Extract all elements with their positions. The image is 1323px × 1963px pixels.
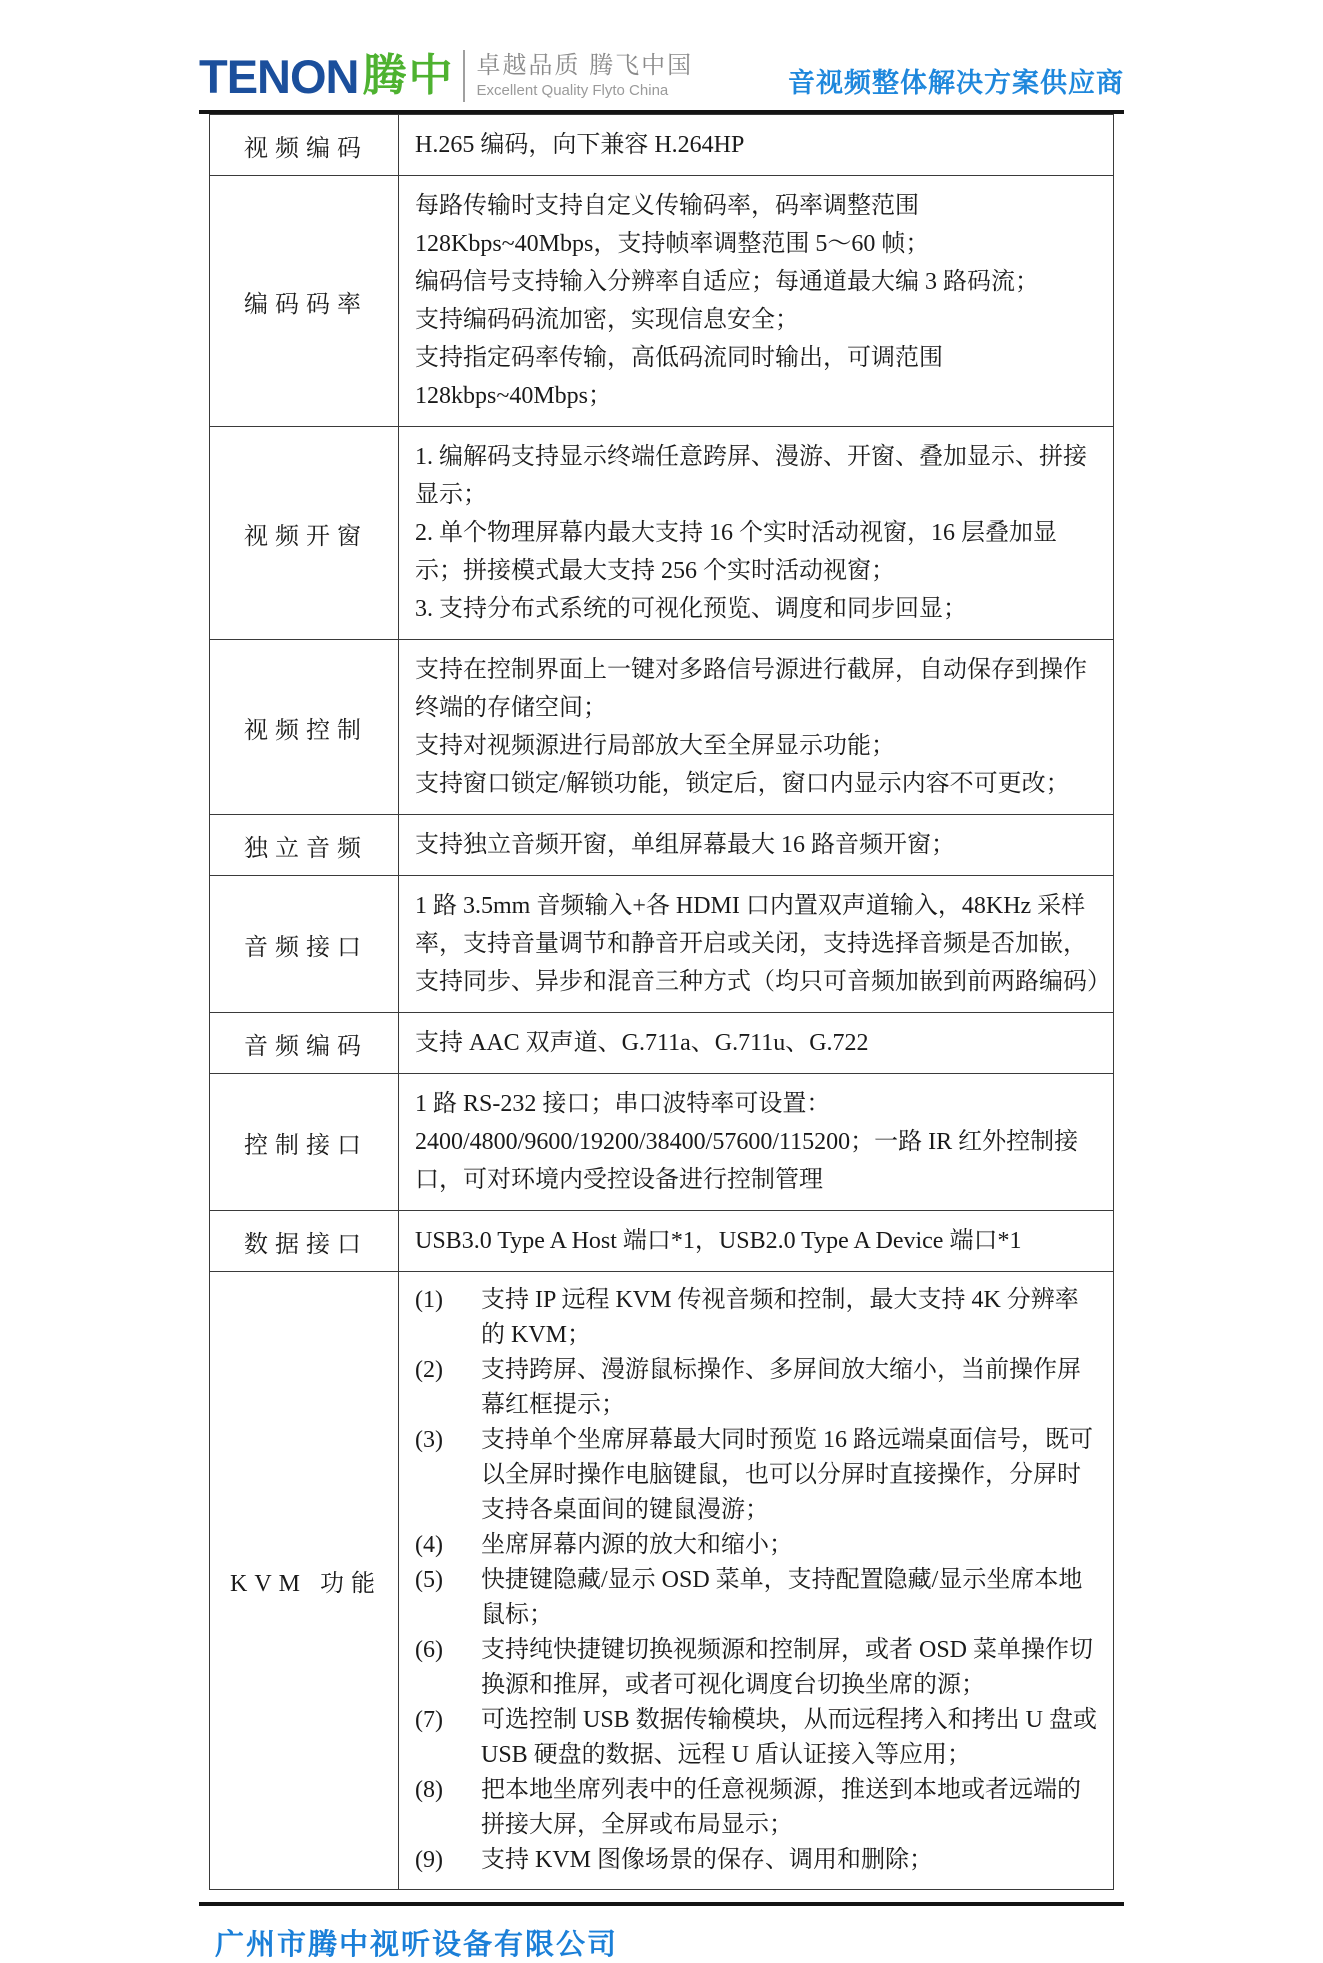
kvm-item-text: 把本地坐席列表中的任意视频源，推送到本地或者远端的拼接大屏，全屏或布局显示； (481, 1773, 1099, 1843)
table-row: 独立音频支持独立音频开窗，单组屏幕最大 16 路音频开窗； (210, 815, 1114, 876)
spec-label: 编码码率 (210, 176, 399, 427)
kvm-item-text: 支持 IP 远程 KVM 传视音频和控制，最大支持 4K 分辨率的 KVM； (481, 1283, 1099, 1353)
spec-value-cell: 支持 AAC 双声道、G.711a、G.711u、G.722 (399, 1013, 1114, 1074)
spec-label: KVM 功能 (210, 1272, 399, 1890)
kvm-item-text: 坐席屏幕内源的放大和缩小； (481, 1528, 1099, 1563)
spec-text: 1 路 3.5mm 音频输入+各 HDMI 口内置双声道输入，48KHz 采样率… (415, 887, 1099, 1001)
spec-value-cell: 1. 编解码支持显示终端任意跨屏、漫游、开窗、叠加显示、拼接显示；2. 单个物理… (399, 427, 1114, 640)
spec-text: 1 路 RS-232 接口；串口波特率可设置： (415, 1085, 1099, 1123)
kvm-item-number: (7) (415, 1703, 481, 1773)
kvm-item-text: 支持单个坐席屏幕最大同时预览 16 路远端桌面信号，既可以全屏时操作电脑键鼠，也… (481, 1423, 1099, 1528)
spec-value-cell: USB3.0 Type A Host 端口*1，USB2.0 Type A De… (399, 1211, 1114, 1272)
spec-label: 视频开窗 (210, 427, 399, 640)
spec-label: 音频接口 (210, 876, 399, 1013)
spec-text: USB3.0 Type A Host 端口*1，USB2.0 Type A De… (415, 1222, 1099, 1260)
spec-label: 控制接口 (210, 1074, 399, 1211)
page-header: TENON 腾中 卓越品质 腾飞中国 Excellent Quality Fly… (199, 50, 1124, 110)
spec-label: 独立音频 (210, 815, 399, 876)
spec-value-cell: (1)支持 IP 远程 KVM 传视音频和控制，最大支持 4K 分辨率的 KVM… (399, 1272, 1114, 1890)
document-page: TENON 腾中 卓越品质 腾飞中国 Excellent Quality Fly… (0, 0, 1323, 1963)
table-row: 数据接口USB3.0 Type A Host 端口*1，USB2.0 Type … (210, 1211, 1114, 1272)
spec-text: 支持在控制界面上一键对多路信号源进行截屏，自动保存到操作终端的存储空间； (415, 651, 1099, 727)
spec-value-cell: 支持独立音频开窗，单组屏幕最大 16 路音频开窗； (399, 815, 1114, 876)
spec-label: 视频编码 (210, 115, 399, 176)
kvm-item-number: (4) (415, 1528, 481, 1563)
table-row: KVM 功能(1)支持 IP 远程 KVM 传视音频和控制，最大支持 4K 分辨… (210, 1272, 1114, 1890)
table-row: 视频开窗1. 编解码支持显示终端任意跨屏、漫游、开窗、叠加显示、拼接显示；2. … (210, 427, 1114, 640)
spec-text: 每路传输时支持自定义传输码率，码率调整范围 128Kbps~40Mbps，支持帧… (415, 187, 1099, 263)
spec-label: 音频编码 (210, 1013, 399, 1074)
spec-text: 支持 AAC 双声道、G.711a、G.711u、G.722 (415, 1024, 1099, 1062)
table-row: 编码码率每路传输时支持自定义传输码率，码率调整范围 128Kbps~40Mbps… (210, 176, 1114, 427)
page-content: TENON 腾中 卓越品质 腾飞中国 Excellent Quality Fly… (199, 0, 1124, 1963)
kvm-list-item: (7)可选控制 USB 数据传输模块，从而远程拷入和拷出 U 盘或 USB 硬盘… (415, 1703, 1099, 1773)
spec-table: 视频编码H.265 编码，向下兼容 H.264HP编码码率每路传输时支持自定义传… (209, 114, 1114, 1890)
spec-text: 1. 编解码支持显示终端任意跨屏、漫游、开窗、叠加显示、拼接显示； (415, 438, 1099, 514)
table-row: 音频接口1 路 3.5mm 音频输入+各 HDMI 口内置双声道输入，48KHz… (210, 876, 1114, 1013)
kvm-list-item: (5)快捷键隐藏/显示 OSD 菜单，支持配置隐藏/显示坐席本地鼠标； (415, 1563, 1099, 1633)
kvm-item-text: 可选控制 USB 数据传输模块，从而远程拷入和拷出 U 盘或 USB 硬盘的数据… (481, 1703, 1099, 1773)
header-slogan: 音视频整体解决方案供应商 (788, 61, 1124, 102)
spec-value-cell: 支持在控制界面上一键对多路信号源进行截屏，自动保存到操作终端的存储空间；支持对视… (399, 640, 1114, 815)
spec-text: H.265 编码，向下兼容 H.264HP (415, 126, 1099, 164)
kvm-item-number: (6) (415, 1633, 481, 1703)
company-logo: TENON 腾中 卓越品质 腾飞中国 Excellent Quality Fly… (199, 50, 693, 102)
kvm-item-number: (8) (415, 1773, 481, 1843)
kvm-item-number: (3) (415, 1423, 481, 1528)
kvm-item-text: 支持纯快捷键切换视频源和控制屏，或者 OSD 菜单操作切换源和推屏，或者可视化调… (481, 1633, 1099, 1703)
spec-value-cell: 1 路 RS-232 接口；串口波特率可设置：2400/4800/9600/19… (399, 1074, 1114, 1211)
spec-text: 支持对视频源进行局部放大至全屏显示功能； (415, 727, 1099, 765)
kvm-item-text: 支持跨屏、漫游鼠标操作、多屏间放大缩小，当前操作屏幕红框提示； (481, 1353, 1099, 1423)
kvm-item-number: (1) (415, 1283, 481, 1353)
spec-table-body: 视频编码H.265 编码，向下兼容 H.264HP编码码率每路传输时支持自定义传… (210, 115, 1114, 1890)
kvm-list-item: (9)支持 KVM 图像场景的保存、调用和删除； (415, 1843, 1099, 1878)
kvm-list-item: (1)支持 IP 远程 KVM 传视音频和控制，最大支持 4K 分辨率的 KVM… (415, 1283, 1099, 1353)
spec-text: 支持独立音频开窗，单组屏幕最大 16 路音频开窗； (415, 826, 1099, 864)
kvm-list-item: (6)支持纯快捷键切换视频源和控制屏，或者 OSD 菜单操作切换源和推屏，或者可… (415, 1633, 1099, 1703)
spec-text: 支持编码码流加密，实现信息安全； (415, 301, 1099, 339)
kvm-item-number: (9) (415, 1843, 481, 1878)
spec-label: 数据接口 (210, 1211, 399, 1272)
logo-tenon-text: TENON (199, 53, 359, 100)
company-name: 广州市腾中视听设备有限公司 (215, 1922, 1124, 1963)
logo-divider (463, 50, 465, 102)
logo-chinese-text: 腾中 (363, 54, 455, 98)
spec-text: 2. 单个物理屏幕内最大支持 16 个实时活动视窗，16 层叠加显示；拼接模式最… (415, 514, 1099, 590)
kvm-item-text: 快捷键隐藏/显示 OSD 菜单，支持配置隐藏/显示坐席本地鼠标； (481, 1563, 1099, 1633)
tagline-chinese: 卓越品质 腾飞中国 (477, 52, 694, 81)
spec-value-cell: 1 路 3.5mm 音频输入+各 HDMI 口内置双声道输入，48KHz 采样率… (399, 876, 1114, 1013)
table-row: 音频编码支持 AAC 双声道、G.711a、G.711u、G.722 (210, 1013, 1114, 1074)
spec-text: 2400/4800/9600/19200/38400/57600/115200；… (415, 1123, 1099, 1199)
spec-text: 3. 支持分布式系统的可视化预览、调度和同步回显； (415, 590, 1099, 628)
table-row: 视频编码H.265 编码，向下兼容 H.264HP (210, 115, 1114, 176)
logo-tagline: 卓越品质 腾飞中国 Excellent Quality Flyto China (477, 52, 694, 100)
spec-text: 支持指定码率传输，高低码流同时输出，可调范围 128kbps~40Mbps； (415, 339, 1099, 415)
kvm-list-item: (3)支持单个坐席屏幕最大同时预览 16 路远端桌面信号，既可以全屏时操作电脑键… (415, 1423, 1099, 1528)
tagline-english: Excellent Quality Flyto China (477, 81, 694, 101)
kvm-item-number: (2) (415, 1353, 481, 1423)
kvm-list-item: (8)把本地坐席列表中的任意视频源，推送到本地或者远端的拼接大屏，全屏或布局显示… (415, 1773, 1099, 1843)
table-row: 控制接口1 路 RS-232 接口；串口波特率可设置：2400/4800/960… (210, 1074, 1114, 1211)
spec-label: 视频控制 (210, 640, 399, 815)
kvm-item-text: 支持 KVM 图像场景的保存、调用和删除； (481, 1843, 1099, 1878)
kvm-list-item: (2)支持跨屏、漫游鼠标操作、多屏间放大缩小，当前操作屏幕红框提示； (415, 1353, 1099, 1423)
kvm-item-number: (5) (415, 1563, 481, 1633)
spec-value-cell: 每路传输时支持自定义传输码率，码率调整范围 128Kbps~40Mbps，支持帧… (399, 176, 1114, 427)
table-row: 视频控制支持在控制界面上一键对多路信号源进行截屏，自动保存到操作终端的存储空间；… (210, 640, 1114, 815)
footer-rule (199, 1902, 1124, 1906)
kvm-list-item: (4)坐席屏幕内源的放大和缩小； (415, 1528, 1099, 1563)
spec-text: 支持窗口锁定/解锁功能，锁定后，窗口内显示内容不可更改； (415, 765, 1099, 803)
spec-value-cell: H.265 编码，向下兼容 H.264HP (399, 115, 1114, 176)
spec-text: 编码信号支持输入分辨率自适应；每通道最大编 3 路码流； (415, 263, 1099, 301)
